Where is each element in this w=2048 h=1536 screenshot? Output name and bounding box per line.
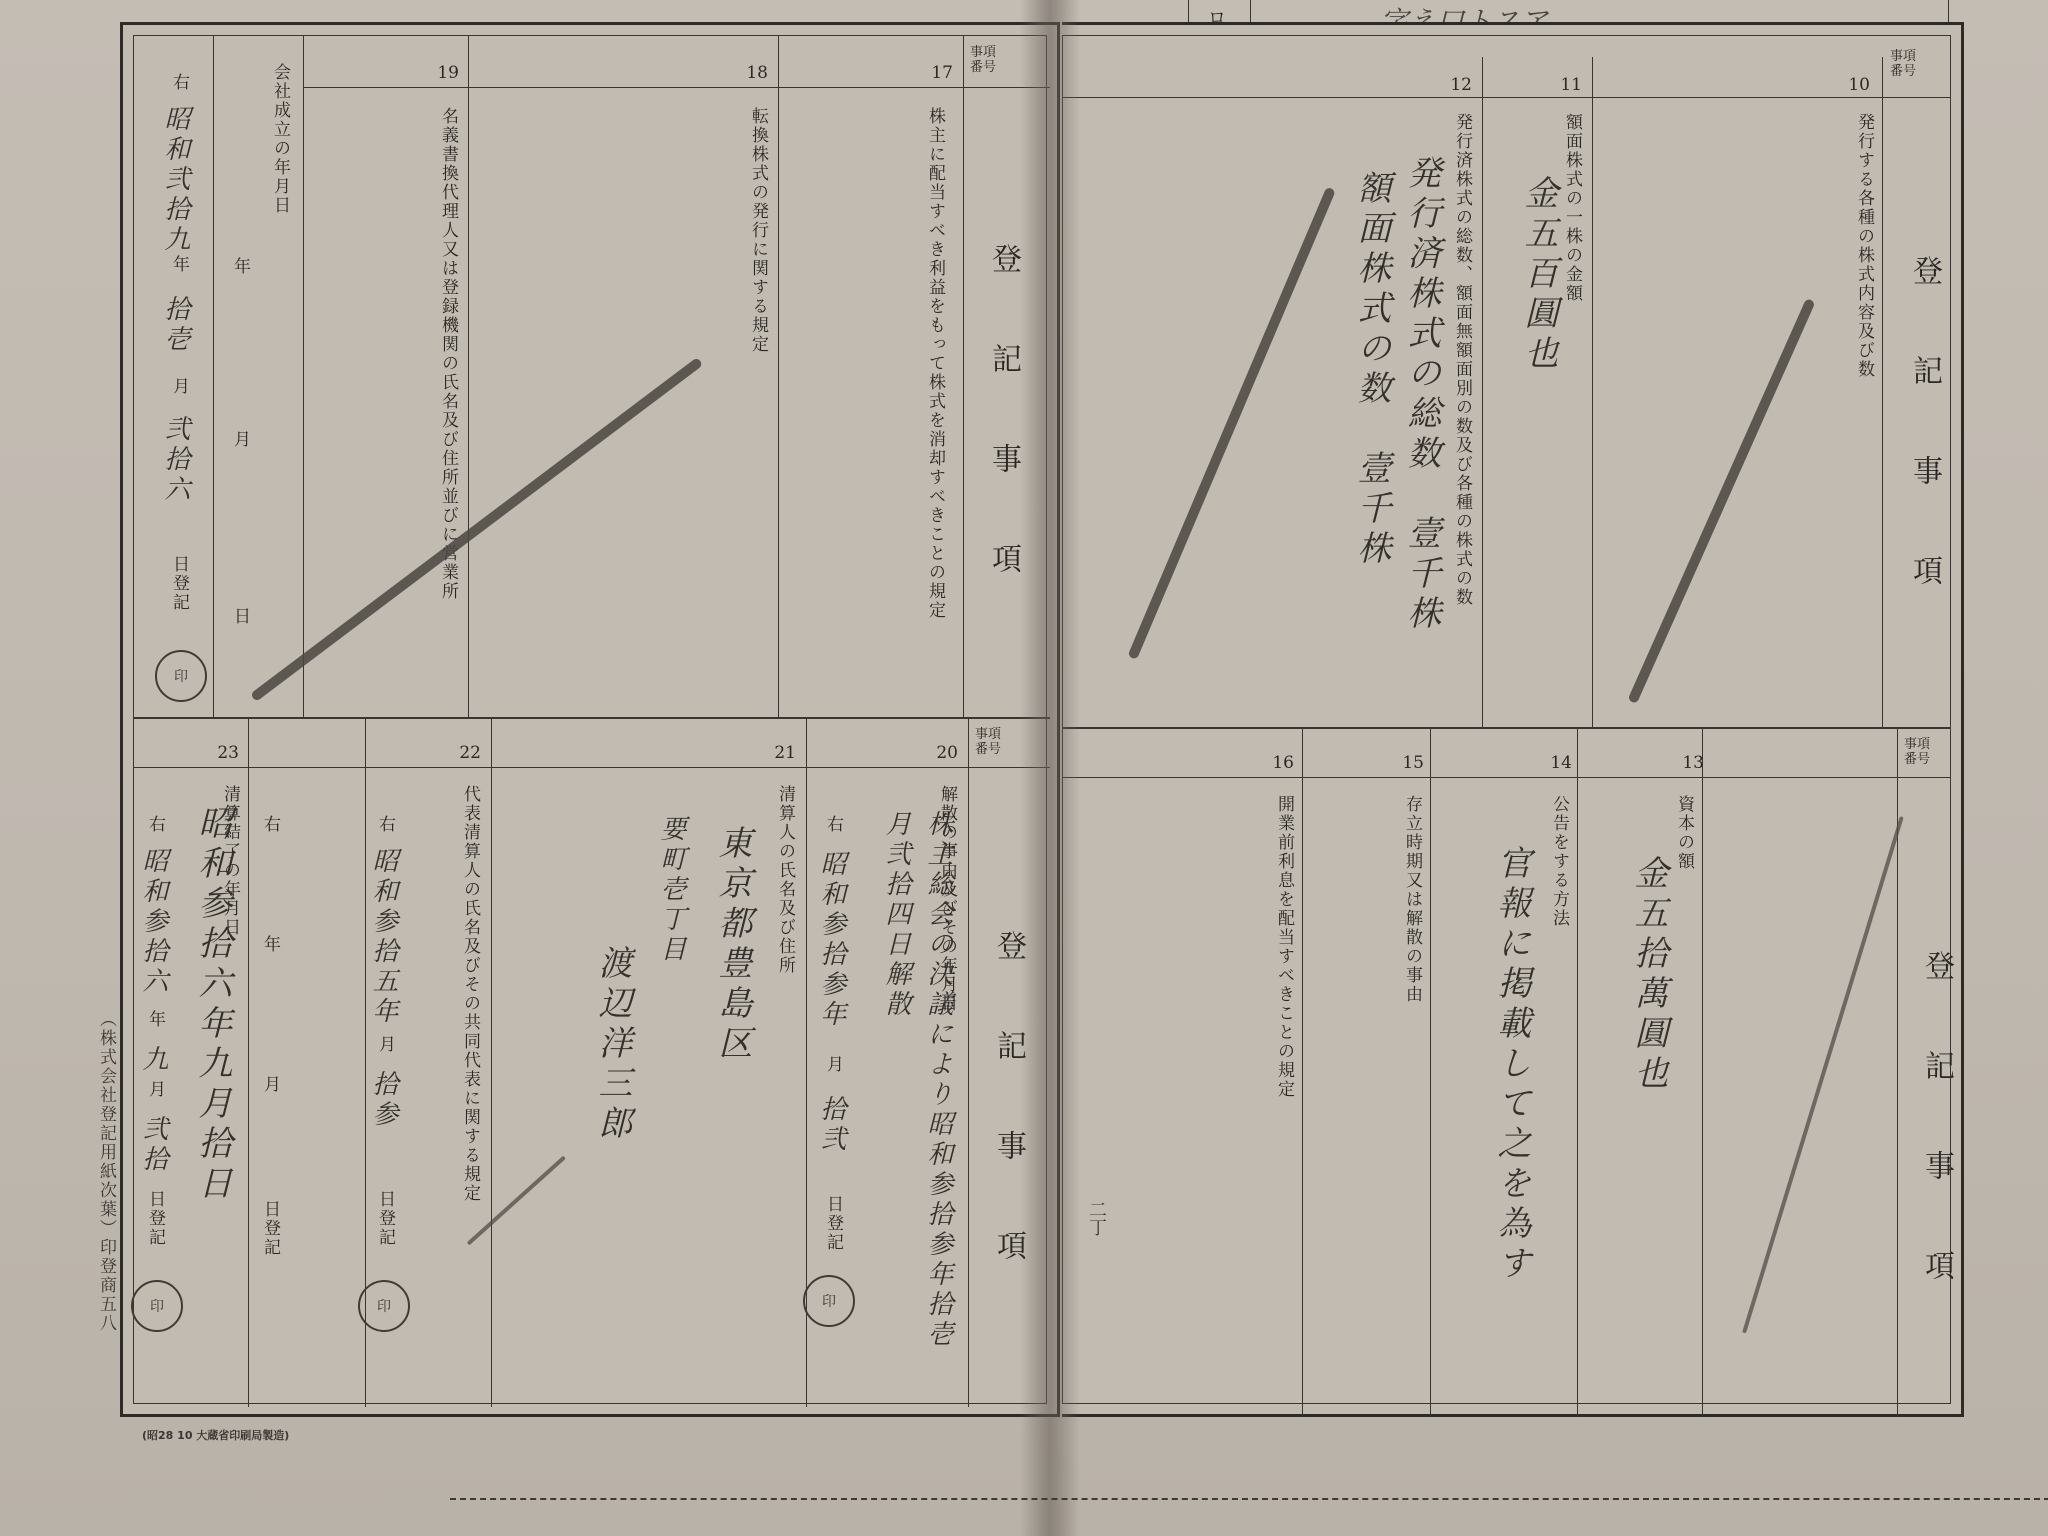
month-label: 月 [167,377,192,396]
registrar-seal: 印 [131,1280,183,1332]
month-label: 月 [373,1035,398,1054]
torn-edge [450,1498,2048,1500]
liquidator-address-line: 東京都豊島区 [708,825,757,1065]
col-line [1430,727,1431,1417]
page-spine-crease [1020,0,1080,1536]
item-label: 開業前利息を配当すべきことの規定 [1272,795,1297,1099]
header-rule [303,87,1050,88]
registration-year: 昭和参拾五年 [365,847,402,1027]
item-number-header: 事項番号 [971,727,1005,757]
registrar-seal: 印 [803,1275,855,1327]
registration-prefix: 右 [373,815,398,834]
item-number: 20 [918,743,958,763]
item-label: 額面株式の一株の金額 [1560,113,1585,303]
item-number: 21 [756,743,796,763]
section-header: 登記事項 [1902,255,1946,655]
col-line [968,717,969,1407]
right-section-divider [1062,727,1951,729]
item-number: 11 [1542,75,1582,95]
year-label: 年 [143,1010,168,1029]
left-section-divider [133,717,1050,719]
header-rule [1062,777,1951,778]
year-label: 年 [258,935,283,954]
day-registered-label: 日登記 [821,1195,846,1252]
item-label: 公告をする方法 [1547,795,1572,928]
header-rule [133,767,1050,768]
liquidation-completion-date: 昭和参拾六年九月拾日 [188,805,237,1205]
item-number: 23 [199,743,239,763]
registration-day: 弐拾 [135,1115,172,1175]
section-header: 登記事項 [1914,950,1958,1350]
col-line [963,35,964,717]
issued-shares-entry: 発行済株式の総数 壹千株 [1397,155,1446,635]
item-label: 代表清算人の氏名及びその共同代表に関する規定 [458,785,483,1203]
col-line [1702,727,1703,1417]
item-label: 資本の額 [1672,795,1697,871]
day-registered-label: 日登記 [167,555,192,612]
item-number: 18 [728,63,768,83]
day-registered-label: 日登記 [373,1190,398,1247]
item-label: 清算人の氏名及び住所 [773,785,798,975]
page-mark: 二丁 [1083,1200,1109,1236]
col-line [1302,727,1303,1417]
par-shares-entry: 額面株式の数 壹千株 [1347,170,1396,570]
col-line [213,35,214,717]
item-label: 名義書換代理人又は登録機関の氏名及び住所並びに営業所 [436,107,461,601]
item-number: 10 [1830,75,1870,95]
registration-month: 拾壱 [157,295,194,355]
item-number: 22 [441,743,481,763]
capital-entry: 金五拾萬圓也 [1624,855,1673,1095]
item-label: 転換株式の発行に関する規定 [746,107,771,354]
year-label: 年 [228,257,253,276]
item-number: 19 [419,63,459,83]
registrar-seal: 印 [155,650,207,702]
day-registered-label: 日登記 [258,1200,283,1257]
liquidator-address-line: 要町壱丁目 [653,815,690,965]
item-number: 17 [913,63,953,83]
registration-year: 昭和参拾六 [135,847,172,997]
registration-day: 弐拾六 [157,415,194,505]
day-label: 日 [228,607,253,626]
printer-footer: (昭28 10 大蔵省印刷局製造) [142,1427,289,1443]
day-registered-label: 日登記 [143,1190,168,1247]
company-established-label: 会社成立の年月日 [268,63,293,215]
document-paper: ロ 字え口トスア 事項番号 登記事項 17 株主に配当すべき利益をもって株式を消… [0,0,2048,1536]
header-rule [1062,97,1951,98]
col-line [491,717,492,1407]
dissolution-entry: 株主総会の決議により昭和参拾参年拾壱月弐拾四日解散 [875,810,959,1370]
month-label: 月 [821,1055,846,1074]
col-line [1577,727,1578,1417]
col-line [1482,57,1483,727]
registration-prefix: 右 [821,815,846,834]
month-label: 月 [258,1075,283,1094]
col-line [778,35,779,717]
col-line [1882,57,1883,727]
registration-prefix: 右 [143,815,168,834]
item-label: 発行済株式の総数、額面無額面別の数及び各種の株式の数 [1450,113,1475,607]
col-line [248,717,249,1407]
col-line [1592,57,1593,727]
month-label: 月 [143,1080,168,1099]
month-label: 月 [228,430,253,449]
registration-prefix: 右 [167,73,192,92]
registrar-seal: 印 [358,1280,410,1332]
registration-era-year: 昭和弐拾九 [157,105,194,255]
item-number: 12 [1432,75,1472,95]
item-number-header: 事項番号 [966,45,1000,75]
year-label: 年 [167,255,192,274]
item-number: 15 [1384,753,1424,773]
registration-prefix: 右 [258,815,283,834]
item-number-header: 事項番号 [1886,49,1920,79]
form-side-note: （株式会社登記用紙次葉）印登商五八 [94,1010,119,1333]
registration-day: 拾弐 [813,1095,850,1155]
par-value-entry: 金五百圓也 [1514,175,1563,375]
item-number: 16 [1254,753,1294,773]
col-line [303,35,304,717]
item-label: 存立時期又は解散の事由 [1400,795,1425,1004]
public-notice-entry: 官報に掲載して之を為す [1487,845,1536,1285]
col-line [468,35,469,717]
right-page: 事項番号 登記事項 10 発行する各種の株式内容及び数 11 額面株式の一株の金… [1062,22,1964,1417]
item-number: 14 [1532,753,1572,773]
left-page: 事項番号 登記事項 17 株主に配当すべき利益をもって株式を消却すべきことの規定… [120,22,1060,1417]
registration-day: 拾参 [365,1070,402,1130]
item-label: 株主に配当すべき利益をもって株式を消却すべきことの規定 [923,107,948,707]
item-number-header: 事項番号 [1900,737,1934,767]
registration-month: 九 [135,1045,172,1075]
item-label: 発行する各種の株式内容及び数 [1852,113,1877,379]
item-number: 13 [1664,753,1704,773]
liquidator-name: 渡辺洋三郎 [588,945,637,1145]
registration-year: 昭和参拾参年 [813,850,850,1030]
section-header: 登記事項 [981,243,1025,643]
